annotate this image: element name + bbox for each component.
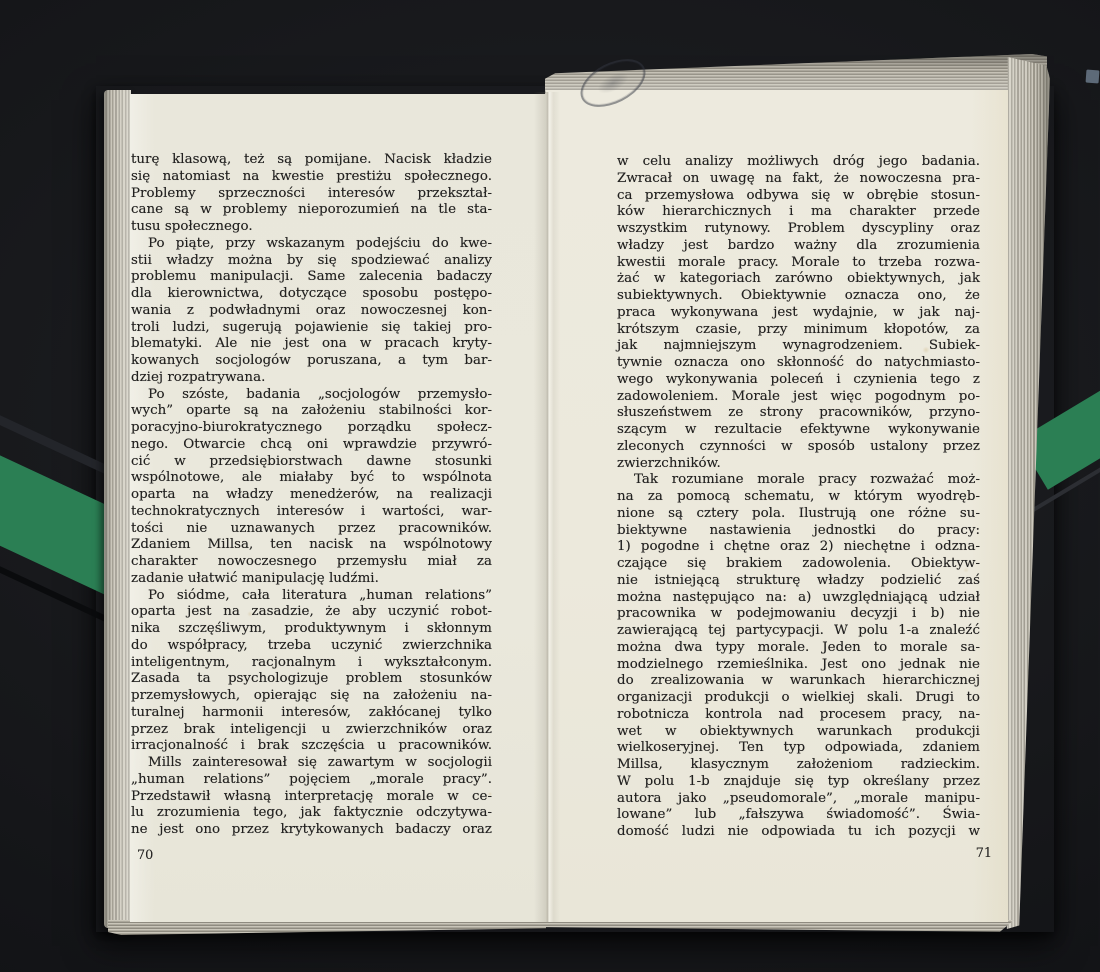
- edge-tab: [1086, 70, 1100, 84]
- text-line: wszystkim rutynowy. Problem dyscypliny o…: [617, 221, 980, 238]
- text-line: subiektywnych. Obiektywnie oznacza ono, …: [617, 288, 980, 305]
- text-line: 1) pogodne i chętne oraz 2) niechętne i …: [617, 539, 980, 556]
- text-line: technokratycznych interesów i wartości, …: [131, 504, 492, 521]
- text-line: biektywne nastawienia jednostki do pracy…: [617, 523, 980, 540]
- text-line: na za pomocą schematu, w którym wyodręb-: [617, 489, 980, 506]
- left-page: turę klasową, też są pomijane. Nacisk kł…: [130, 94, 546, 922]
- text-line: lowane” lub „fałszywa świadomość”. Świa-: [617, 807, 980, 824]
- text-line: zadowoleniem. Morale jest więc pogodnym …: [617, 389, 980, 406]
- right-page-text: w celu analizy możliwych dróg jego badan…: [617, 154, 980, 841]
- text-line: ków hierarchicznych i ma charakter przed…: [617, 204, 980, 221]
- text-line: oparta jest na zasadzie, że aby uczynić …: [131, 604, 492, 621]
- page-edge-stack-bottom-left: [108, 920, 546, 935]
- text-line: Po szóste, badania „socjologów przemysło…: [131, 387, 492, 404]
- text-line: się natomiast na kwestie prestiżu społec…: [131, 169, 492, 186]
- text-line: autora jako „pseudomorale”, „morale mani…: [617, 791, 980, 808]
- text-line: cane są w problemy nieporozumień na tle …: [131, 202, 492, 219]
- text-line: stii władzy można by się spodziewać anal…: [131, 253, 492, 270]
- left-page-number: 70: [137, 848, 153, 863]
- text-line: żać w kategoriach zarówno obiektywnych, …: [617, 271, 980, 288]
- text-line: inteligentnym, racjonalnym i wykształcon…: [131, 655, 492, 672]
- text-line: Po siódme, cała literatura „human relati…: [131, 588, 492, 605]
- text-line: tywnie oznacza ono skłonność do natychmi…: [617, 355, 980, 372]
- text-line: tusu społecznego.: [131, 219, 492, 236]
- text-line: robotnicza kontrola nad procesem pracy, …: [617, 707, 980, 724]
- text-line: domość ludzi nie odpowiada tu ich pozycj…: [617, 824, 980, 841]
- text-line: do zrealizowania w warunkach hierarchicz…: [617, 673, 980, 690]
- text-line: organizacji produkcji o wielkiej skali. …: [617, 690, 980, 707]
- text-line: dla kierownictwa, dotyczące sposobu post…: [131, 286, 492, 303]
- text-line: nie istniejącą strukturę władzy podzieli…: [617, 573, 980, 590]
- scene: { "document_type": "scanned open book sp…: [0, 0, 1100, 972]
- text-line: jak najmniejszym wynagrodzeniem. Subiek-: [617, 338, 980, 355]
- text-line: troli ludzi, sugerują pojawienie się tak…: [131, 320, 492, 337]
- text-line: problemu manipulacji. Same zalecenia bad…: [131, 269, 492, 286]
- text-line: blematyki. Ale nie jest ona w pracach kr…: [131, 336, 492, 353]
- text-line: Zdaniem Millsa, ten nacisk na wspólnotow…: [131, 537, 492, 554]
- text-line: irracjonalność i brak szczęścia u pracow…: [131, 738, 492, 755]
- text-line: można dwa typy morale. Jeden to morale s…: [617, 640, 980, 657]
- text-line: zawierającą tej partycypacji. W polu 1-a…: [617, 623, 980, 640]
- text-line: Problemy sprzeczności interesów przekszt…: [131, 186, 492, 203]
- text-line: cić w przedsiębiorstwach dawne stosunki: [131, 454, 492, 471]
- text-line: wych” oparte są na założeniu stabilności…: [131, 403, 492, 420]
- text-line: turalnej harmonii interesów, zakłócanej …: [131, 705, 492, 722]
- text-line: nione są cztery pola. Ilustrują one różn…: [617, 506, 980, 523]
- text-line: słuszeństwem ze strony pracowników, przy…: [617, 405, 980, 422]
- text-line: Tak rozumiane morale pracy rozważać moż-: [617, 472, 980, 489]
- text-line: wania z podwładnymi oraz nowoczesnej kon…: [131, 303, 492, 320]
- text-line: W polu 1-b znajduje się typ określany pr…: [617, 774, 980, 791]
- text-line: tości nie uznawanych przez pracowników.: [131, 521, 492, 538]
- text-line: władzy jest bardzo ważny dla zrozumienia: [617, 238, 980, 255]
- text-line: charakter nowoczesnego przemysłu miał za: [131, 554, 492, 571]
- text-line: oparta na władzy menedżerów, na realizac…: [131, 487, 492, 504]
- text-line: kowanych socjologów poruszana, a tym bar…: [131, 353, 492, 370]
- text-line: turę klasową, też są pomijane. Nacisk kł…: [131, 152, 492, 169]
- text-line: przez brak inteligencji u zwierzchników …: [131, 722, 492, 739]
- text-line: w celu analizy możliwych dróg jego badan…: [617, 154, 980, 171]
- text-line: Mills zainteresował się zawartym w socjo…: [131, 755, 492, 772]
- left-page-text: turę klasową, też są pomijane. Nacisk kł…: [131, 152, 492, 839]
- text-line: ca przemysłowa odbywa się w obrębie stos…: [617, 188, 980, 205]
- text-line: można następująco na: a) uwzględniającą …: [617, 590, 980, 607]
- text-line: krótszym czasie, przy minimum kłopotów, …: [617, 322, 980, 339]
- text-line: praca wykonywana jest wydajnie, w jak na…: [617, 305, 980, 322]
- text-line: zleconych czynności w sposób ustalony pr…: [617, 439, 980, 456]
- text-line: „human relations” pojęciem „morale pracy…: [131, 772, 492, 789]
- text-line: lu zrozumienia tego, jak faktycznie odcz…: [131, 805, 492, 822]
- page-edge-stack-left: [104, 90, 131, 928]
- text-line: czające się brakiem zadowolenia. Obiekty…: [617, 556, 980, 573]
- text-line: zwierzchników.: [617, 456, 980, 473]
- text-line: kwestii morale pracy. Morale to trzeba r…: [617, 255, 980, 272]
- text-line: dziej rozpatrywana.: [131, 370, 492, 387]
- text-line: zadanie ułatwić manipulację ludźmi.: [131, 571, 492, 588]
- text-line: modzielnego rzemieślnika. Jest ono jedna…: [617, 657, 980, 674]
- text-line: Zwracał on uwagę na fakt, że nowoczesna …: [617, 171, 980, 188]
- text-line: Millsa, klasycznym założeniom radzieckim…: [617, 757, 980, 774]
- right-page-number: 71: [617, 846, 992, 861]
- text-line: przemysłowych, opierając się na założeni…: [131, 688, 492, 705]
- text-line: wielkoseryjnej. Ten typ odpowiada, zdani…: [617, 740, 980, 757]
- right-page: w celu analizy możliwych dróg jego badan…: [546, 90, 1008, 922]
- text-line: nika szczęśliwym, produktywnym i skłonny…: [131, 621, 492, 638]
- text-line: Po piąte, przy wskazanym podejściu do kw…: [131, 236, 492, 253]
- text-line: wspólnotowe, ale miałaby być to wspólnot…: [131, 470, 492, 487]
- text-line: poracyjno-biurokratycznego porządku społ…: [131, 420, 492, 437]
- text-line: Zasada ta psychologizuje problem stosunk…: [131, 671, 492, 688]
- text-line: nego. Otwarcie chcą oni wprawdzie przywr…: [131, 437, 492, 454]
- text-line: ne jest ono przez krytykowanych badaczy …: [131, 822, 492, 839]
- text-line: pracownika w podejmowaniu decyzji i b) n…: [617, 606, 980, 623]
- text-line: wego wykonywania poleceń i czynienia teg…: [617, 372, 980, 389]
- text-line: Przedstawił własną interpretację morale …: [131, 789, 492, 806]
- text-line: szącym w rezultacie efektywne wykonywani…: [617, 422, 980, 439]
- text-line: do współpracy, trzeba uczynić zwierzchni…: [131, 638, 492, 655]
- text-line: wet w obiektywnych warunkach produkcji: [617, 724, 980, 741]
